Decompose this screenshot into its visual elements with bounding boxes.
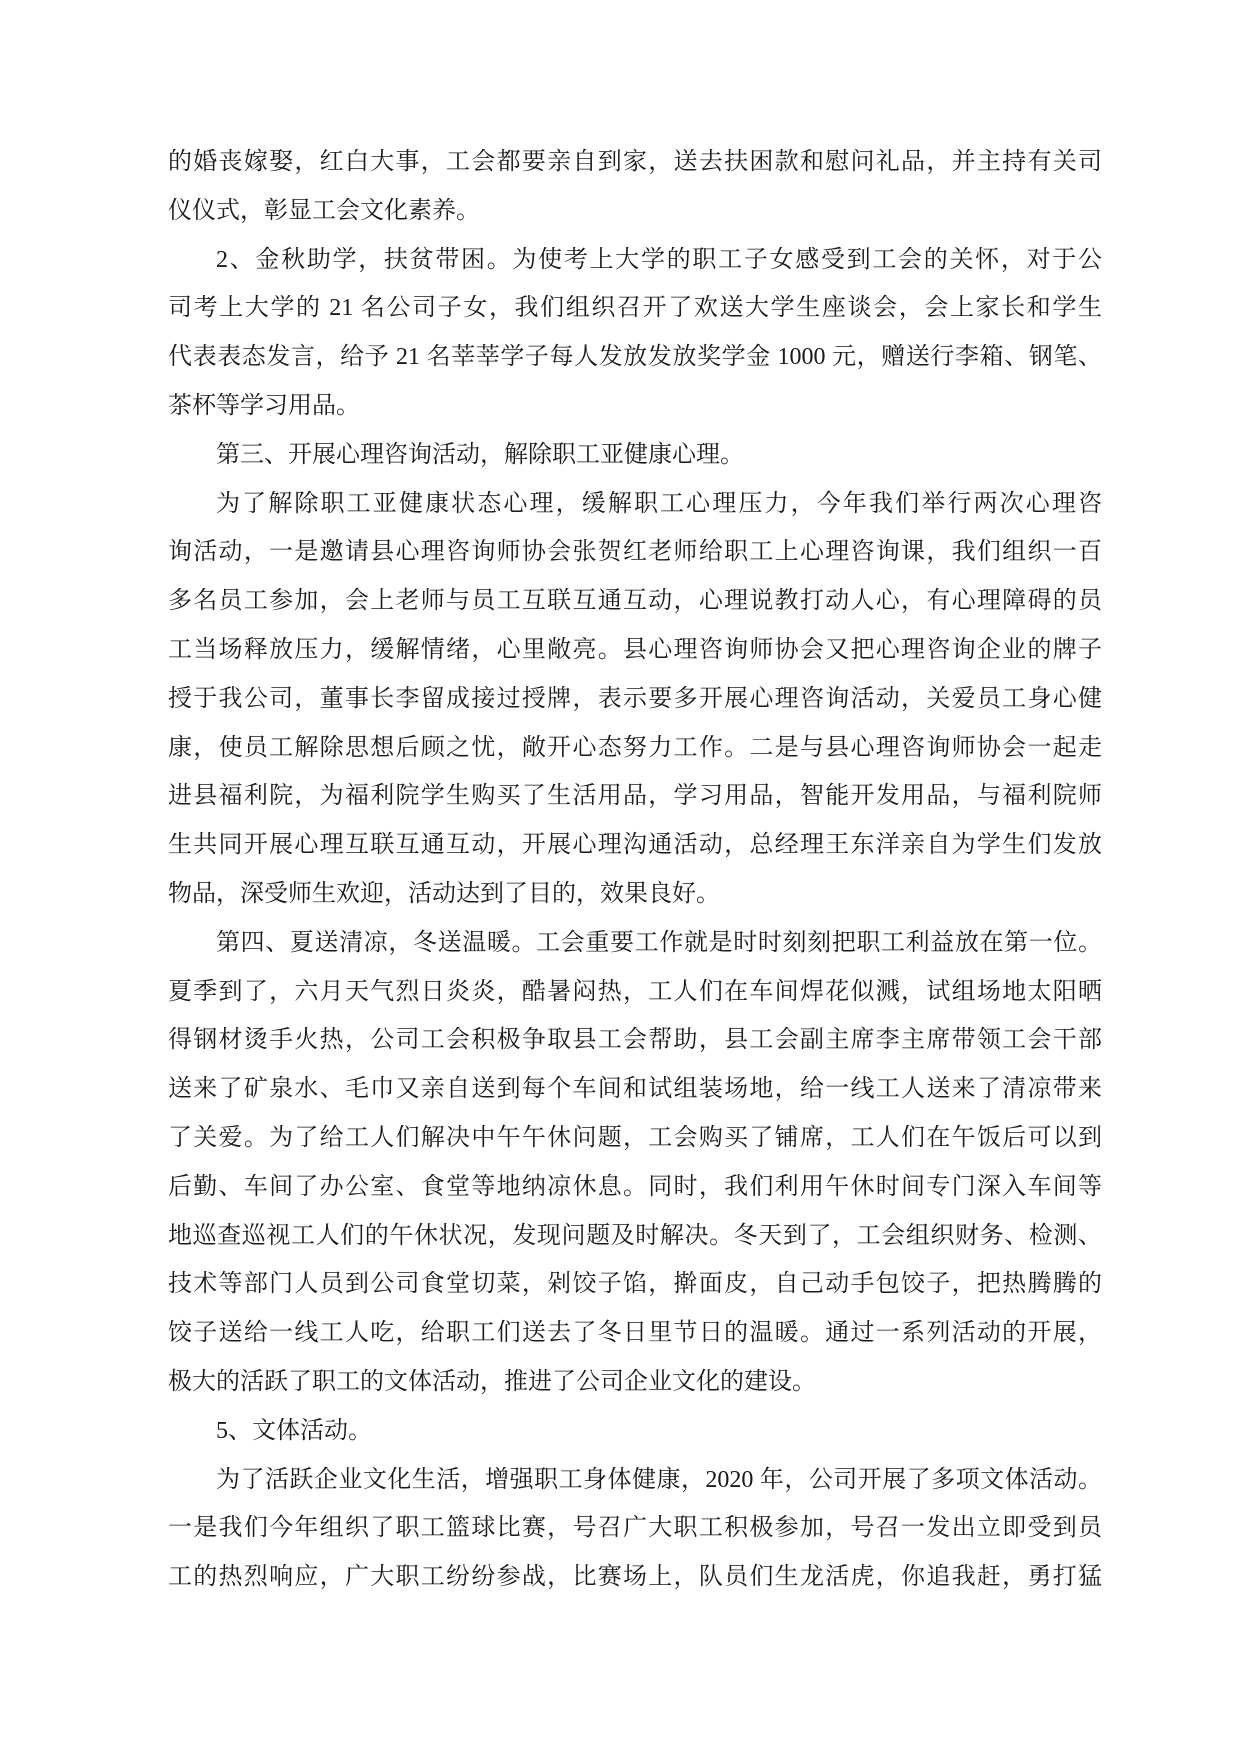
- text-line: 仪仪式，彰显工会文化素养。: [168, 187, 1102, 236]
- text-line: 夏季到了，六月天气烈日炎炎，酷暑闷热，工人们在车间焊花似溅，试组场地太阳晒: [168, 968, 1102, 1017]
- text-line: 康，使员工解除思想后顾之忧，敞开心态努力工作。二是与县心理咨询师协会一起走: [168, 724, 1102, 773]
- text-line: 司考上大学的 21 名公司子女，我们组织召开了欢送大学生座谈会，会上家长和学生: [168, 284, 1102, 333]
- text-line: 饺子送给一线工人吃，给职工们送去了冬日里节日的温暖。通过一系列活动的开展，: [168, 1309, 1102, 1358]
- document-text-body: 的婚丧嫁娶，红白大事，工会都要亲自到家，送去扶困款和慰问礼品，并主持有关司仪仪式…: [168, 138, 1102, 1602]
- text-line: 为了解除职工亚健康状态心理，缓解职工心理压力，今年我们举行两次心理咨: [168, 480, 1102, 529]
- text-line: 多名员工参加，会上老师与员工互联互通互动，心理说教打动人心，有心理障碍的员: [168, 577, 1102, 626]
- text-line: 后勤、车间了办公室、食堂等地纳凉休息。同时，我们利用午休时间专门深入车间等: [168, 1163, 1102, 1212]
- text-line: 工当场释放压力，缓解情绪，心里敞亮。县心理咨询师协会又把心理咨询企业的牌子: [168, 626, 1102, 675]
- text-line: 技术等部门人员到公司食堂切菜，剁饺子馅，擀面皮，自己动手包饺子，把热腾腾的: [168, 1260, 1102, 1309]
- text-line: 的婚丧嫁娶，红白大事，工会都要亲自到家，送去扶困款和慰问礼品，并主持有关司: [168, 138, 1102, 187]
- text-line: 物品，深受师生欢迎，活动达到了目的，效果良好。: [168, 870, 1102, 919]
- text-line: 授于我公司，董事长李留成接过授牌，表示要多开展心理咨询活动，关爱员工身心健: [168, 675, 1102, 724]
- text-line: 询活动，一是邀请县心理咨询师协会张贺红老师给职工上心理咨询课，我们组织一百: [168, 528, 1102, 577]
- text-line: 进县福利院，为福利院学生购买了生活用品，学习用品，智能开发用品，与福利院师: [168, 772, 1102, 821]
- text-line: 极大的活跃了职工的文体活动，推进了公司企业文化的建设。: [168, 1358, 1102, 1407]
- text-line: 送来了矿泉水、毛巾又亲自送到每个车间和试组装场地，给一线工人送来了清凉带来: [168, 1065, 1102, 1114]
- text-line: 5、文体活动。: [168, 1407, 1102, 1456]
- text-line: 一是我们今年组织了职工篮球比赛，号召广大职工积极参加，号召一发出立即受到员: [168, 1504, 1102, 1553]
- document-page: 的婚丧嫁娶，红白大事，工会都要亲自到家，送去扶困款和慰问礼品，并主持有关司仪仪式…: [0, 0, 1241, 1755]
- text-line: 茶杯等学习用品。: [168, 382, 1102, 431]
- text-line: 为了活跃企业文化生活，增强职工身体健康，2020 年，公司开展了多项文体活动。: [168, 1456, 1102, 1505]
- text-line: 第四、夏送清凉，冬送温暖。工会重要工作就是时时刻刻把职工利益放在第一位。: [168, 919, 1102, 968]
- text-line: 地巡查巡视工人们的午休状况，发现问题及时解决。冬天到了，工会组织财务、检测、: [168, 1212, 1102, 1261]
- text-line: 得钢材烫手火热，公司工会积极争取县工会帮助，县工会副主席李主席带领工会干部: [168, 1016, 1102, 1065]
- text-line: 了关爱。为了给工人们解决中午午休问题，工会购买了铺席，工人们在午饭后可以到: [168, 1114, 1102, 1163]
- text-line: 生共同开展心理互联互通互动，开展心理沟通活动，总经理王东洋亲自为学生们发放: [168, 821, 1102, 870]
- text-line: 工的热烈响应，广大职工纷纷参战，比赛场上，队员们生龙活虎，你追我赶，勇打猛: [168, 1553, 1102, 1602]
- text-line: 2、金秋助学，扶贫带困。为使考上大学的职工子女感受到工会的关怀，对于公: [168, 236, 1102, 285]
- text-line: 代表表态发言，给予 21 名莘莘学子每人发放发放奖学金 1000 元，赠送行李箱…: [168, 333, 1102, 382]
- text-line: 第三、开展心理咨询活动，解除职工亚健康心理。: [168, 431, 1102, 480]
